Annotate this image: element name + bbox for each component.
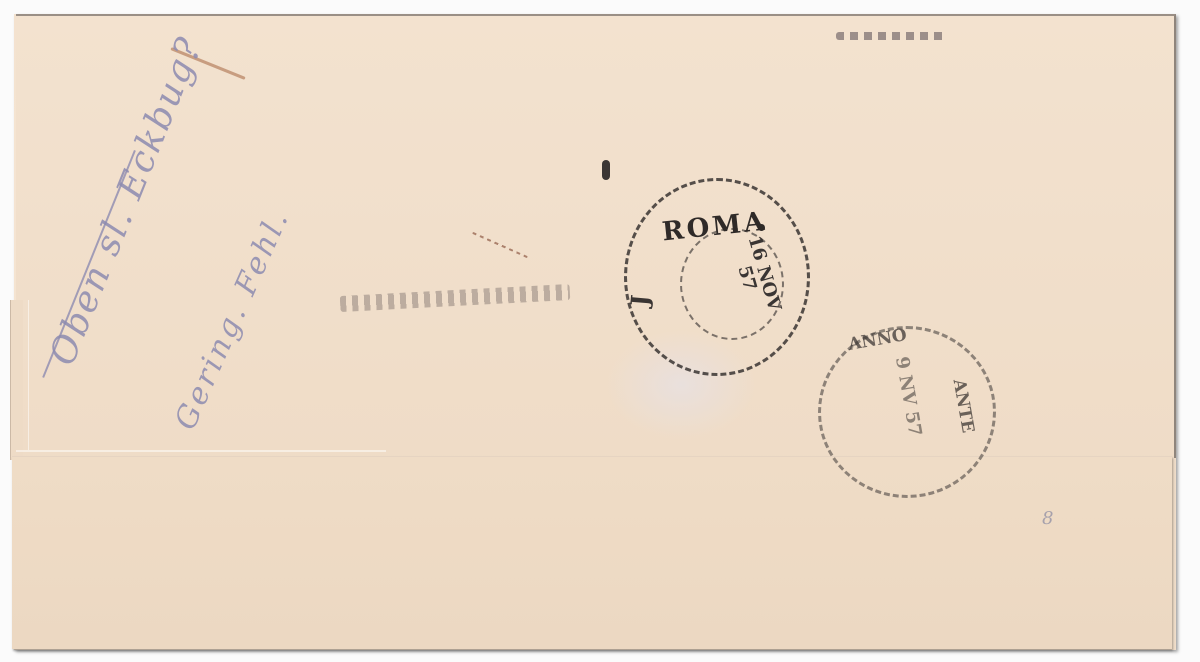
fold-line xyxy=(28,300,29,450)
second-postmark: ANNO ANTE 9 NV 57 xyxy=(818,326,994,496)
ink-blot xyxy=(602,160,610,180)
roma-postmark: ROMA J 16 NOV 57 xyxy=(624,178,808,374)
postmark-dot xyxy=(758,224,765,231)
letter-left-flap xyxy=(10,300,23,460)
faint-ink-marks xyxy=(836,32,946,40)
fold-line xyxy=(16,450,386,452)
letter-bottom-panel xyxy=(12,456,1172,649)
pencil-number: 8 xyxy=(1042,508,1053,529)
postmark-side-letter: J xyxy=(625,294,655,308)
